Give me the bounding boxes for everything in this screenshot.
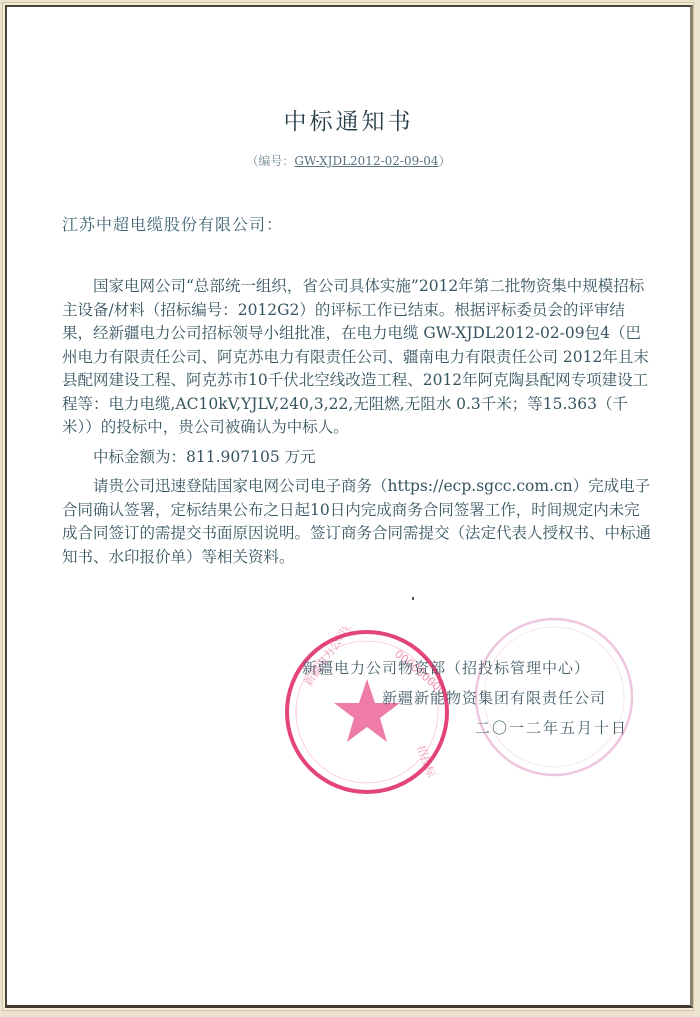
reference-number: GW-XJDL2012-02-09-04 [294, 154, 438, 168]
red-round-seal-icon: 新疆电力公司物资部 000000000 招投标 [282, 627, 452, 797]
issuer-company: 新疆新能物资集团有限责任公司 [382, 687, 606, 708]
document-page: 中标通知书 （编号：GW-XJDL2012-02-09-04） 江苏中超电缆股份… [7, 7, 690, 1005]
reference-prefix: （编号： [246, 154, 294, 168]
reference-line: （编号：GW-XJDL2012-02-09-04） [7, 152, 690, 169]
paragraph-award-amount: 中标金额为：811.907105 万元 [62, 446, 652, 470]
letter-body: 国家电网公司“总部统一组织，省公司具体实施”2012年第二批物资集中规模招标主设… [62, 275, 652, 569]
issuer-department: 新疆电力公司物资部（招投标管理中心） [302, 657, 590, 678]
addressee: 江苏中超电缆股份有限公司： [62, 212, 283, 235]
paragraph-evaluation-result: 国家电网公司“总部统一组织，省公司具体实施”2012年第二批物资集中规模招标主设… [62, 275, 652, 440]
issue-date: 二〇一二年五月十日 [475, 717, 628, 738]
scan-speck [412, 597, 414, 600]
document-title: 中标通知书 [7, 103, 690, 136]
paragraph-contract-instructions: 请贵公司迅速登陆国家电网公司电子商务（https://ecp.sgcc.com.… [62, 475, 652, 569]
reference-suffix: ） [439, 154, 451, 168]
svg-text:招投标: 招投标 [414, 743, 439, 780]
